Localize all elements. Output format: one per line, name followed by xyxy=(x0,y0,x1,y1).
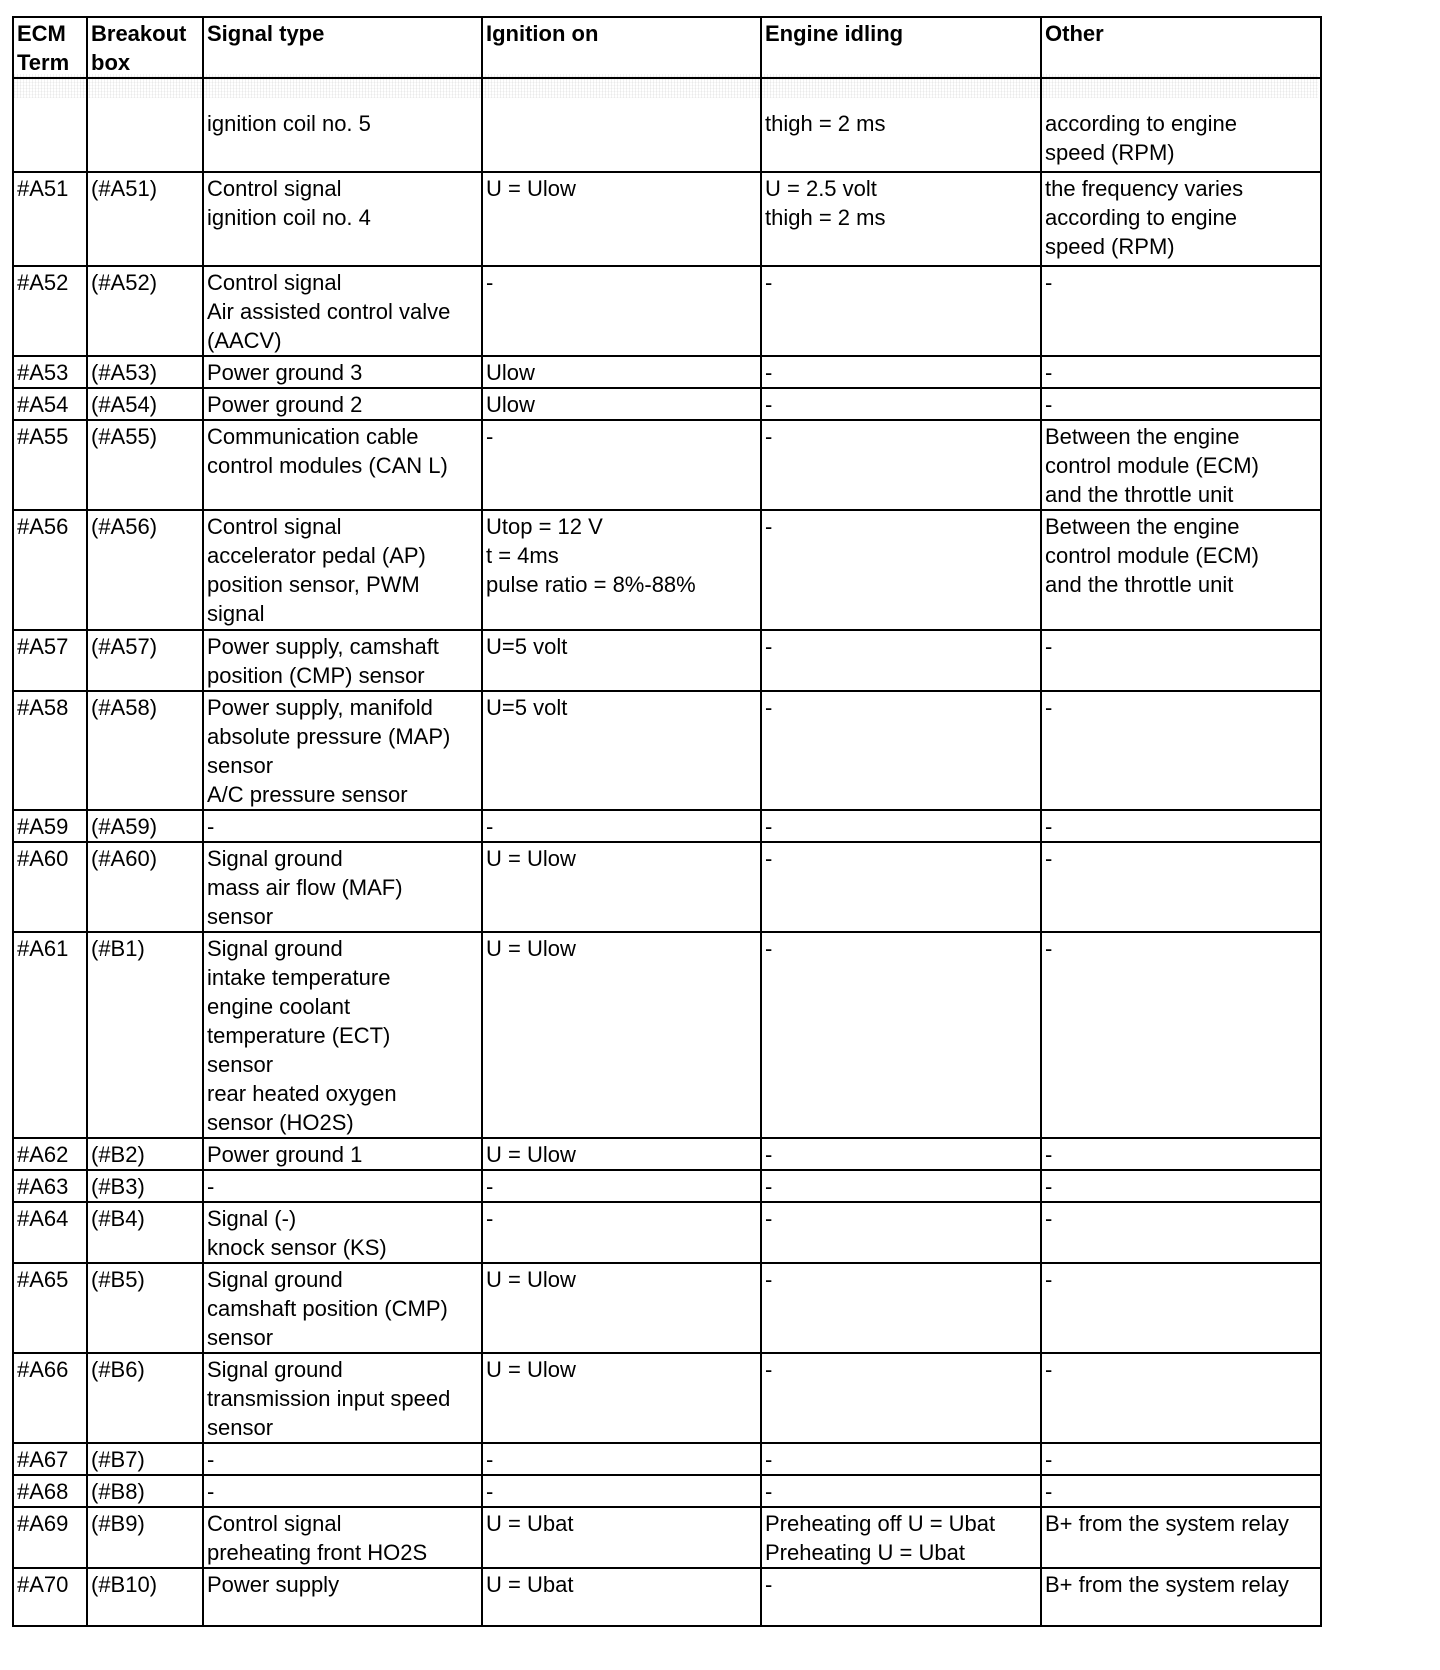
other-cell: - xyxy=(1041,1353,1321,1443)
other-cell: - xyxy=(1041,810,1321,842)
ecm-term-cell: #A70 xyxy=(13,1568,87,1626)
engine-idling-cell: - xyxy=(761,842,1041,932)
engine-idling-cell: - xyxy=(761,1443,1041,1475)
table-row: #A67(#B7)---- xyxy=(13,1443,1321,1475)
ignition-on-cell: U = Ulow xyxy=(482,1263,761,1353)
other-cell: according to engine speed (RPM) xyxy=(1041,78,1321,172)
other-cell: - xyxy=(1041,691,1321,810)
ecm-terminal-table: ECM Term Breakout box Signal type Igniti… xyxy=(12,16,1322,1627)
engine-idling-cell: U = 2.5 volt thigh = 2 ms xyxy=(761,172,1041,266)
engine-idling-cell: - xyxy=(761,388,1041,420)
other-cell: - xyxy=(1041,1475,1321,1507)
ecm-term-cell: #A52 xyxy=(13,266,87,356)
ignition-on-cell: Ulow xyxy=(482,388,761,420)
engine-idling-cell: - xyxy=(761,630,1041,691)
engine-idling-cell: - xyxy=(761,510,1041,630)
table-row: #A63(#B3)---- xyxy=(13,1170,1321,1202)
engine-idling-cell: - xyxy=(761,1568,1041,1626)
engine-idling-cell: - xyxy=(761,420,1041,510)
breakout-box-cell xyxy=(87,78,203,172)
signal-type-cell: - xyxy=(203,1475,482,1507)
other-cell: - xyxy=(1041,1263,1321,1353)
ignition-on-cell: U=5 volt xyxy=(482,630,761,691)
breakout-box-cell: (#B3) xyxy=(87,1170,203,1202)
table-row: #A56(#A56)Control signal accelerator ped… xyxy=(13,510,1321,630)
engine-idling-cell: - xyxy=(761,1353,1041,1443)
breakout-box-cell: (#B8) xyxy=(87,1475,203,1507)
breakout-box-cell: (#B7) xyxy=(87,1443,203,1475)
ecm-term-cell: #A66 xyxy=(13,1353,87,1443)
table-row: #A55(#A55)Communication cable control mo… xyxy=(13,420,1321,510)
engine-idling-cell: - xyxy=(761,691,1041,810)
table-row: ignition coil no. 5 thigh = 2 ms accordi… xyxy=(13,78,1321,172)
breakout-box-cell: (#B4) xyxy=(87,1202,203,1263)
other-cell: - xyxy=(1041,842,1321,932)
signal-type-cell: Signal ground camshaft position (CMP) se… xyxy=(203,1263,482,1353)
other-cell: Between the engine control module (ECM) … xyxy=(1041,420,1321,510)
table-row: #A64(#B4)Signal (-) knock sensor (KS)--- xyxy=(13,1202,1321,1263)
signal-type-cell: - xyxy=(203,1170,482,1202)
table-row: #A59(#A59)---- xyxy=(13,810,1321,842)
table-row: #A61(#B1)Signal ground intake temperatur… xyxy=(13,932,1321,1138)
ignition-on-cell: U = Ulow xyxy=(482,842,761,932)
ignition-on-cell: - xyxy=(482,1443,761,1475)
table-row: #A68(#B8)---- xyxy=(13,1475,1321,1507)
ignition-on-cell: - xyxy=(482,1475,761,1507)
header-ecm-term: ECM Term xyxy=(13,17,87,78)
breakout-box-cell: (#B6) xyxy=(87,1353,203,1443)
engine-idling-cell: - xyxy=(761,356,1041,388)
engine-idling-cell: - xyxy=(761,1475,1041,1507)
ignition-on-cell: U=5 volt xyxy=(482,691,761,810)
table-row: #A70(#B10)Power supplyU = Ubat-B+ from t… xyxy=(13,1568,1321,1626)
breakout-box-cell: (#A60) xyxy=(87,842,203,932)
engine-idling-cell: - xyxy=(761,1138,1041,1170)
ecm-term-cell: #A56 xyxy=(13,510,87,630)
table-row: #A51(#A51)Control signal ignition coil n… xyxy=(13,172,1321,266)
signal-type-cell: Signal (-) knock sensor (KS) xyxy=(203,1202,482,1263)
ignition-on-cell: Ulow xyxy=(482,356,761,388)
ecm-term-cell: #A57 xyxy=(13,630,87,691)
breakout-box-cell: (#A51) xyxy=(87,172,203,266)
ignition-on-cell: - xyxy=(482,1202,761,1263)
other-cell: B+ from the system relay xyxy=(1041,1568,1321,1626)
ignition-on-cell: - xyxy=(482,1170,761,1202)
engine-idling-cell: thigh = 2 ms xyxy=(761,78,1041,172)
signal-type-cell: - xyxy=(203,1443,482,1475)
signal-type-cell: Signal ground intake temperature engine … xyxy=(203,932,482,1138)
engine-idling-cell: - xyxy=(761,266,1041,356)
ignition-on-cell: - xyxy=(482,810,761,842)
ignition-on-cell: - xyxy=(482,266,761,356)
signal-type-cell: Power ground 1 xyxy=(203,1138,482,1170)
ecm-term-cell: #A68 xyxy=(13,1475,87,1507)
other-cell: - xyxy=(1041,630,1321,691)
breakout-box-cell: (#A54) xyxy=(87,388,203,420)
signal-type-cell: Power supply, camshaft position (CMP) se… xyxy=(203,630,482,691)
signal-type-cell: Power ground 2 xyxy=(203,388,482,420)
ecm-term-cell: #A69 xyxy=(13,1507,87,1568)
breakout-box-cell: (#A56) xyxy=(87,510,203,630)
signal-type-cell: Signal ground mass air flow (MAF) sensor xyxy=(203,842,482,932)
other-cell: - xyxy=(1041,1443,1321,1475)
ecm-term-cell: #A67 xyxy=(13,1443,87,1475)
signal-type-cell: Power supply xyxy=(203,1568,482,1626)
table-header-row: ECM Term Breakout box Signal type Igniti… xyxy=(13,17,1321,78)
table-row: #A53(#A53)Power ground 3Ulow-- xyxy=(13,356,1321,388)
header-breakout-box: Breakout box xyxy=(87,17,203,78)
ecm-term-cell: #A53 xyxy=(13,356,87,388)
table-row: #A66(#B6)Signal ground transmission inpu… xyxy=(13,1353,1321,1443)
ecm-term-cell: #A59 xyxy=(13,810,87,842)
ecm-term-cell: #A54 xyxy=(13,388,87,420)
breakout-box-cell: (#B5) xyxy=(87,1263,203,1353)
table-row: #A58(#A58)Power supply, manifold absolut… xyxy=(13,691,1321,810)
ecm-term-cell: #A65 xyxy=(13,1263,87,1353)
ignition-on-cell: U = Ulow xyxy=(482,1353,761,1443)
other-cell: - xyxy=(1041,356,1321,388)
ignition-on-cell: U = Ulow xyxy=(482,172,761,266)
header-ignition-on: Ignition on xyxy=(482,17,761,78)
header-other: Other xyxy=(1041,17,1321,78)
ecm-term-cell: #A63 xyxy=(13,1170,87,1202)
other-cell: - xyxy=(1041,1202,1321,1263)
ecm-term-cell: #A55 xyxy=(13,420,87,510)
table-row: #A62(#B2)Power ground 1U = Ulow-- xyxy=(13,1138,1321,1170)
other-cell: - xyxy=(1041,1170,1321,1202)
ignition-on-cell: U = Ubat xyxy=(482,1568,761,1626)
table-row: #A57(#A57)Power supply, camshaft positio… xyxy=(13,630,1321,691)
other-cell: - xyxy=(1041,388,1321,420)
ignition-on-cell: U = Ubat xyxy=(482,1507,761,1568)
ignition-on-cell xyxy=(482,78,761,172)
other-cell: - xyxy=(1041,932,1321,1138)
breakout-box-cell: (#B1) xyxy=(87,932,203,1138)
ignition-on-cell: U = Ulow xyxy=(482,932,761,1138)
header-engine-idling: Engine idling xyxy=(761,17,1041,78)
ignition-on-cell: - xyxy=(482,420,761,510)
signal-type-cell: Control signal accelerator pedal (AP) po… xyxy=(203,510,482,630)
table-row: #A52(#A52)Control signal Air assisted co… xyxy=(13,266,1321,356)
engine-idling-cell: - xyxy=(761,1263,1041,1353)
breakout-box-cell: (#A52) xyxy=(87,266,203,356)
signal-type-cell: ignition coil no. 5 xyxy=(203,78,482,172)
ecm-term-cell xyxy=(13,78,87,172)
engine-idling-cell: - xyxy=(761,932,1041,1138)
signal-type-cell: Control signal ignition coil no. 4 xyxy=(203,172,482,266)
breakout-box-cell: (#B10) xyxy=(87,1568,203,1626)
engine-idling-cell: Preheating off U = Ubat Preheating U = U… xyxy=(761,1507,1041,1568)
signal-type-cell: Control signal Air assisted control valv… xyxy=(203,266,482,356)
engine-idling-cell: - xyxy=(761,810,1041,842)
signal-type-cell: Power ground 3 xyxy=(203,356,482,388)
table-row: #A69(#B9)Control signal preheating front… xyxy=(13,1507,1321,1568)
engine-idling-cell: - xyxy=(761,1202,1041,1263)
ignition-on-cell: U = Ulow xyxy=(482,1138,761,1170)
breakout-box-cell: (#A58) xyxy=(87,691,203,810)
ecm-term-cell: #A64 xyxy=(13,1202,87,1263)
other-cell: B+ from the system relay xyxy=(1041,1507,1321,1568)
header-signal-type: Signal type xyxy=(203,17,482,78)
ecm-term-cell: #A58 xyxy=(13,691,87,810)
breakout-box-cell: (#B9) xyxy=(87,1507,203,1568)
other-cell: - xyxy=(1041,266,1321,356)
other-cell: - xyxy=(1041,1138,1321,1170)
ecm-term-cell: #A61 xyxy=(13,932,87,1138)
signal-type-cell: Power supply, manifold absolute pressure… xyxy=(203,691,482,810)
breakout-box-cell: (#A53) xyxy=(87,356,203,388)
breakout-box-cell: (#A55) xyxy=(87,420,203,510)
breakout-box-cell: (#A57) xyxy=(87,630,203,691)
breakout-box-cell: (#B2) xyxy=(87,1138,203,1170)
signal-type-cell: - xyxy=(203,810,482,842)
engine-idling-cell: - xyxy=(761,1170,1041,1202)
table-row: #A65(#B5)Signal ground camshaft position… xyxy=(13,1263,1321,1353)
signal-type-cell: Communication cable control modules (CAN… xyxy=(203,420,482,510)
breakout-box-cell: (#A59) xyxy=(87,810,203,842)
ecm-term-cell: #A62 xyxy=(13,1138,87,1170)
ecm-term-cell: #A60 xyxy=(13,842,87,932)
ecm-term-cell: #A51 xyxy=(13,172,87,266)
signal-type-cell: Control signal preheating front HO2S xyxy=(203,1507,482,1568)
other-cell: Between the engine control module (ECM) … xyxy=(1041,510,1321,630)
table-row: #A60(#A60)Signal ground mass air flow (M… xyxy=(13,842,1321,932)
other-cell: the frequency varies according to engine… xyxy=(1041,172,1321,266)
ignition-on-cell: Utop = 12 V t = 4ms pulse ratio = 8%-88% xyxy=(482,510,761,630)
signal-type-cell: Signal ground transmission input speed s… xyxy=(203,1353,482,1443)
table-row: #A54(#A54)Power ground 2Ulow-- xyxy=(13,388,1321,420)
